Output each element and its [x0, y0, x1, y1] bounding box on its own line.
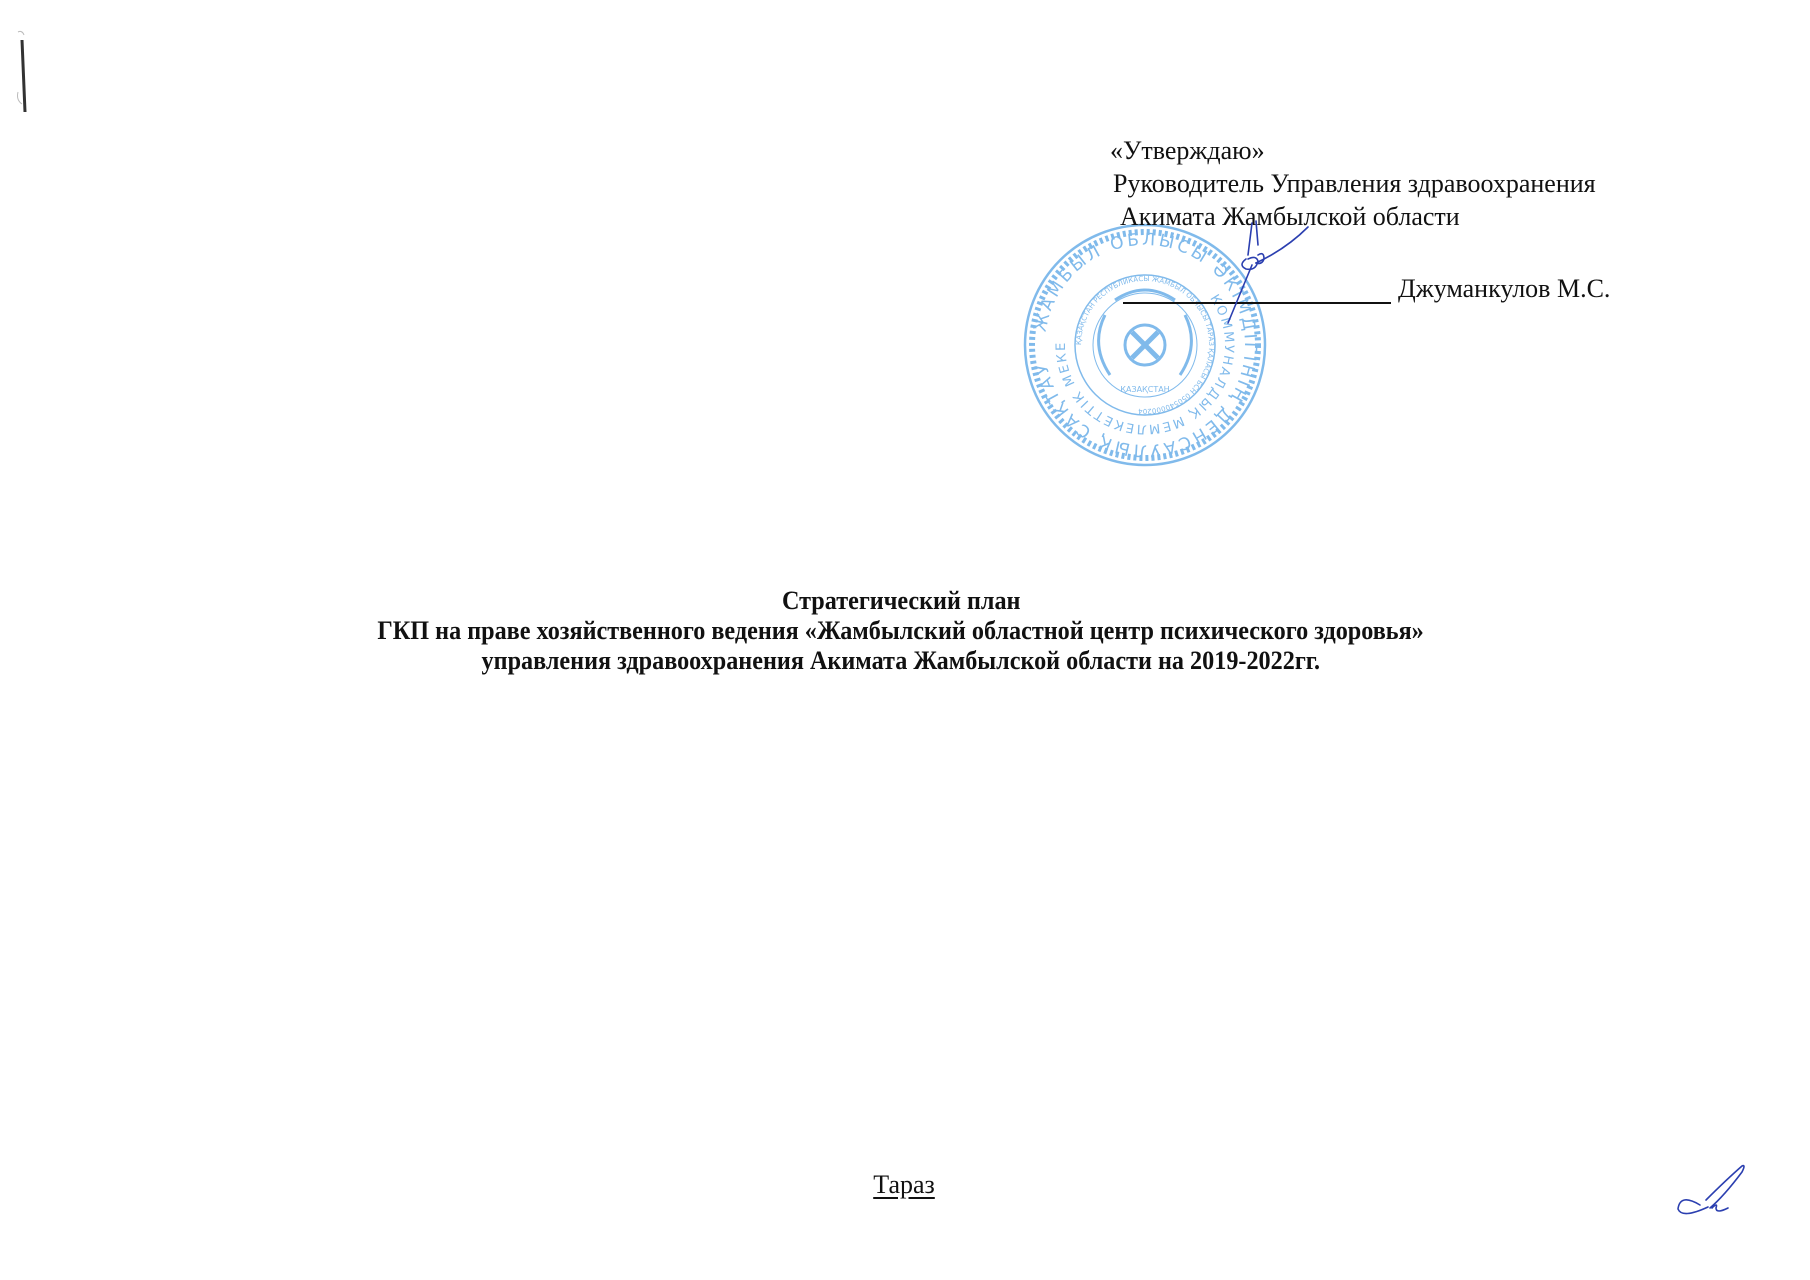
- document-subtitle-line1: ГКП на праве хозяйственного ведения «Жам…: [0, 618, 1802, 644]
- svg-text:ҚАЗАҚСТАН: ҚАЗАҚСТАН: [1120, 385, 1169, 394]
- approval-heading: «Утверждаю»: [1110, 138, 1265, 164]
- document-subtitle-line2: управления здравоохранения Акимата Жамбы…: [0, 648, 1802, 674]
- approver-position-line1: Руководитель Управления здравоохранения: [1113, 171, 1596, 197]
- margin-mark: [14, 30, 34, 120]
- signer-name: Джуманкулов М.С.: [1398, 276, 1610, 302]
- initials-signature: [1660, 1160, 1760, 1220]
- handwritten-signature: [1200, 215, 1310, 325]
- city-label: Тараз: [0, 1172, 1808, 1198]
- document-title: Стратегический план: [0, 588, 1802, 614]
